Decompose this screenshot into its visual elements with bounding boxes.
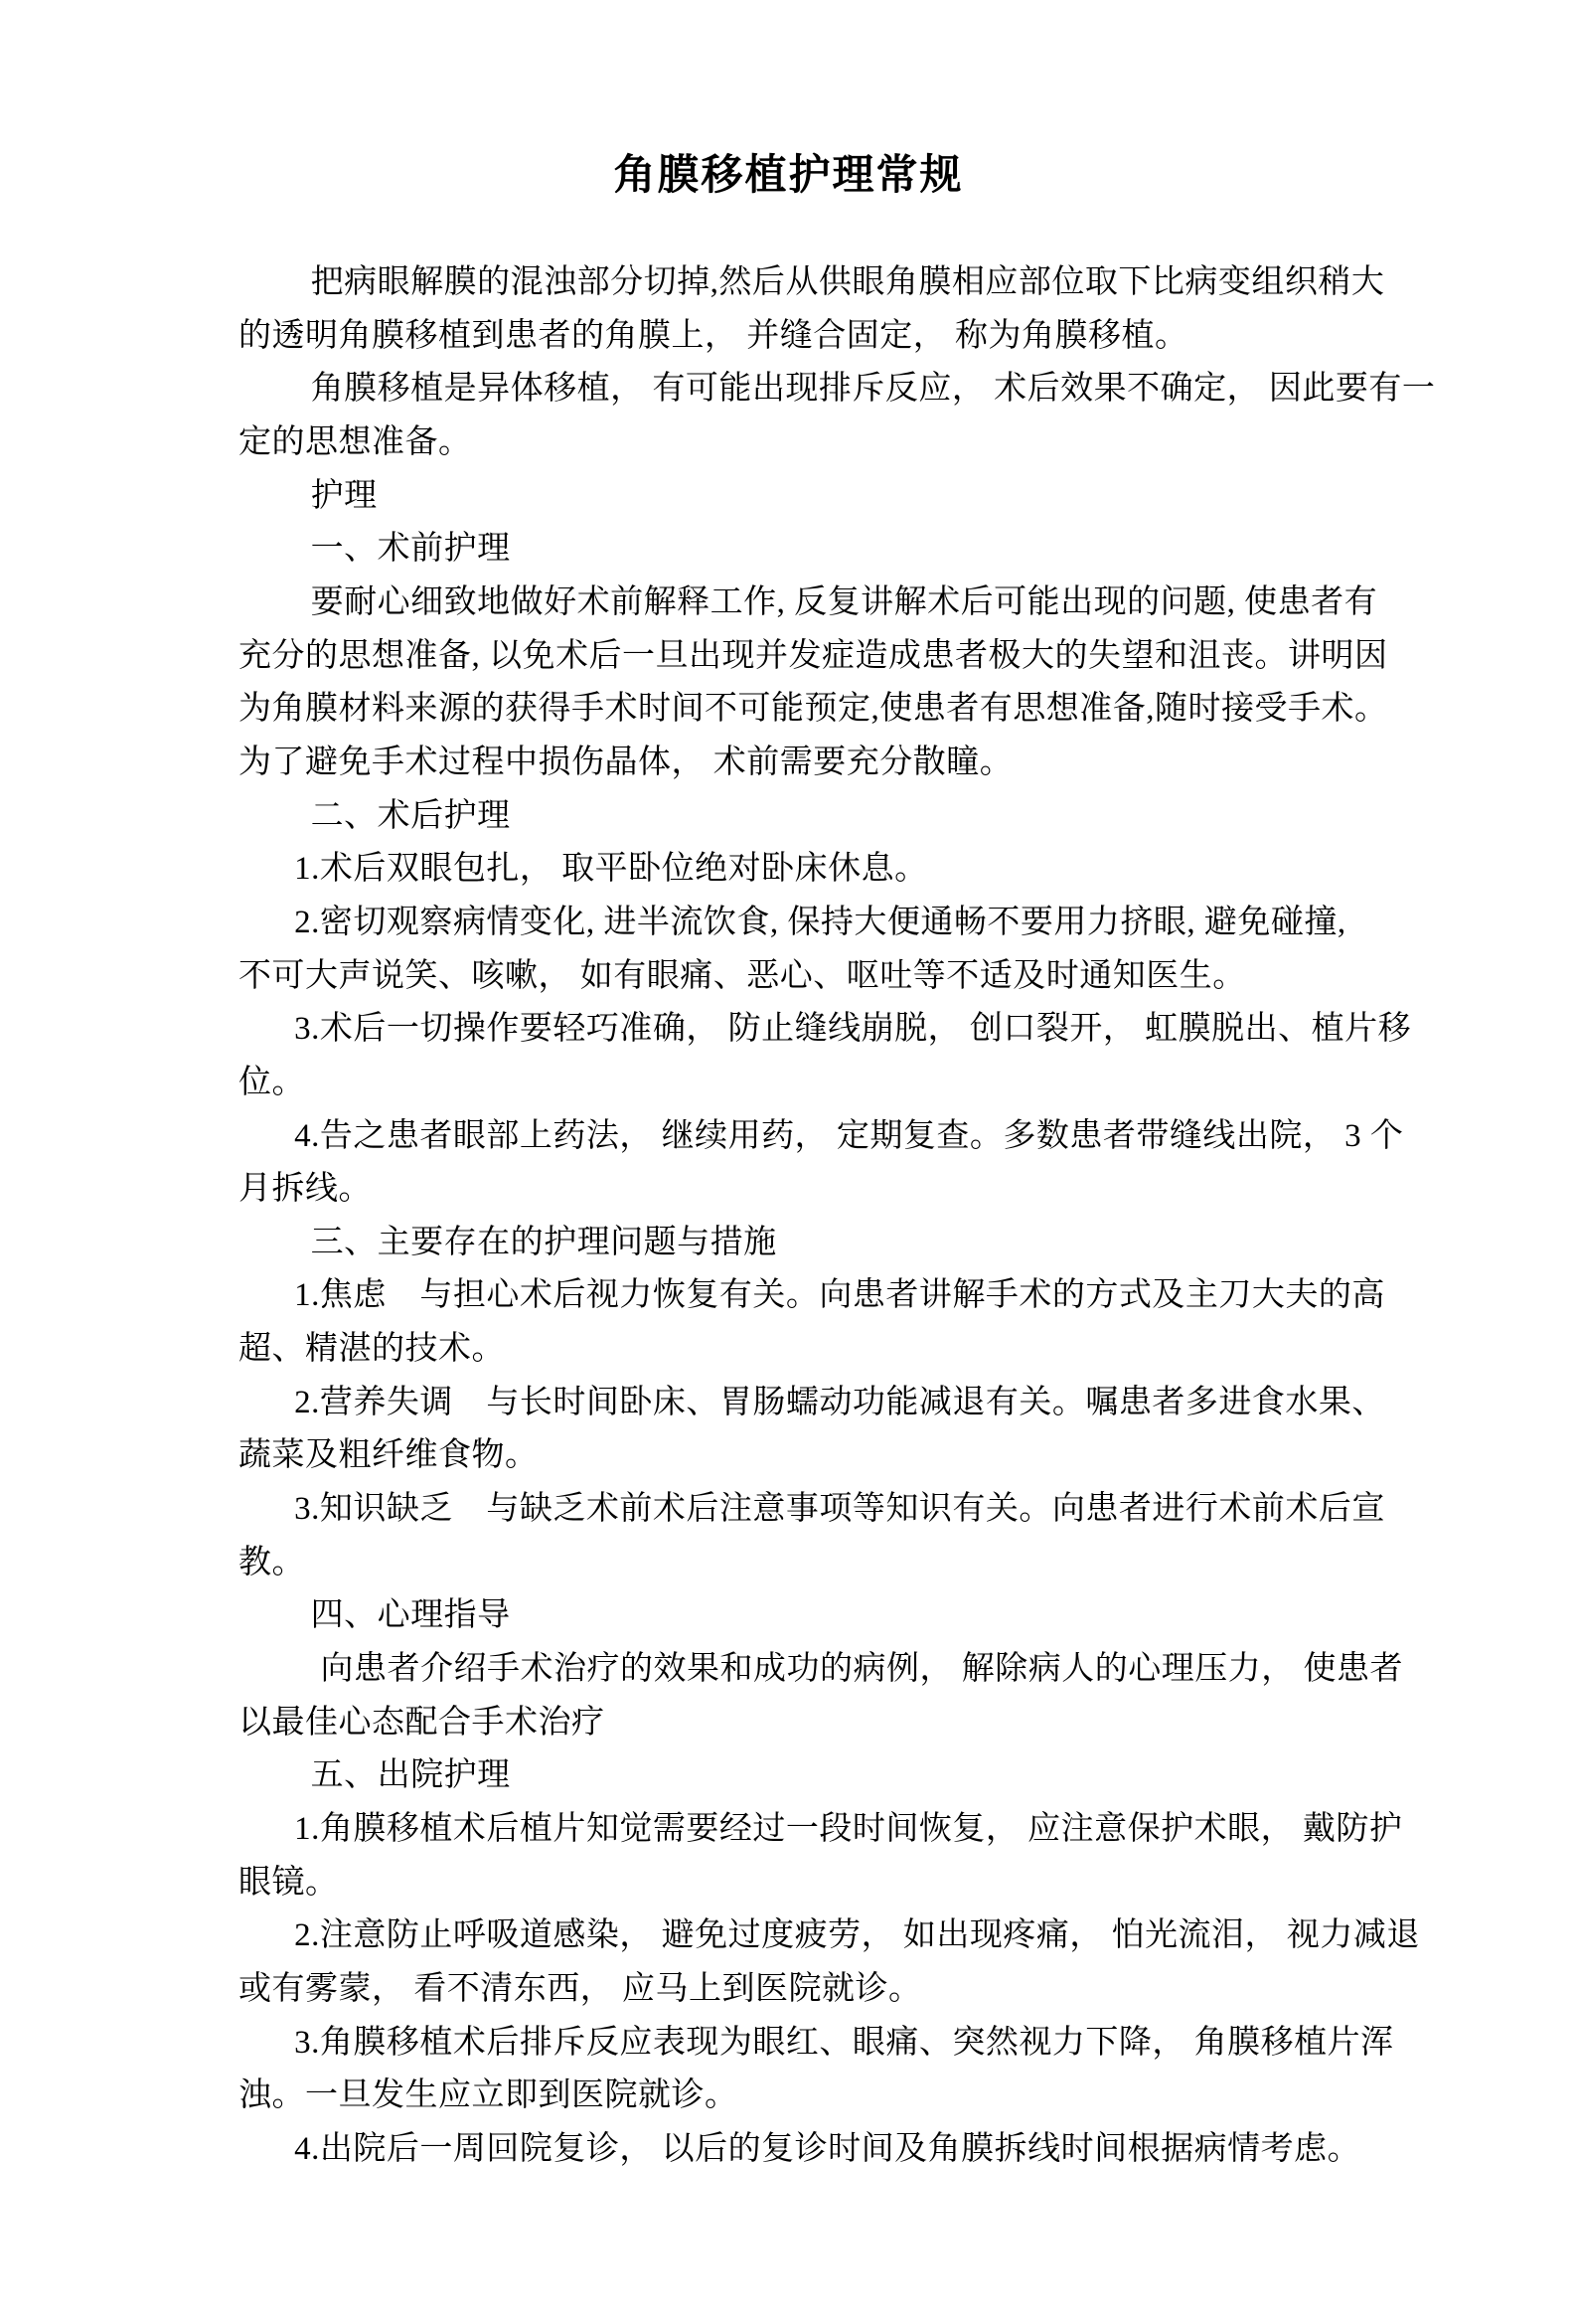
text-line: 1.术后双眼包扎， 取平卧位绝对卧床休息。 — [238, 843, 1346, 897]
text-line: 2.注意防止呼吸道感染， 避免过度疲劳， 如出现疼痛， 怕光流泪， 视力减退 — [238, 1909, 1346, 1963]
text-line: 向患者介绍手术治疗的效果和成功的病例， 解除病人的心理压力， 使患者 — [238, 1643, 1346, 1697]
text-line: 浊。一旦发生应立即到医院就诊。 — [238, 2070, 1346, 2123]
text-line: 教。 — [238, 1537, 1346, 1590]
document-page: 角膜移植护理常规 把病眼解膜的混浊部分切掉,然后从供眼角膜相应部位取下比病变组织… — [0, 0, 1577, 2324]
text-line: 1.角膜移植术后植片知觉需要经过一段时间恢复， 应注意保护术眼， 戴防护 — [238, 1803, 1346, 1857]
text-line: 1.焦虑 与担心术后视力恢复有关。向患者讲解手术的方式及主刀大夫的高 — [238, 1269, 1346, 1323]
text-line: 位。 — [238, 1057, 1346, 1110]
text-line: 角膜移植是异体移植， 有可能出现排斥反应， 术后效果不确定， 因此要有一 — [238, 363, 1346, 416]
text-line: 一、术前护理 — [238, 523, 1346, 577]
text-line: 二、术后护理 — [238, 790, 1346, 844]
text-line: 五、出院护理 — [238, 1749, 1346, 1803]
text-line: 的透明角膜移植到患者的角膜上， 并缝合固定， 称为角膜移植。 — [238, 310, 1346, 364]
text-line: 定的思想准备。 — [238, 416, 1346, 470]
text-line: 月拆线。 — [238, 1163, 1346, 1217]
text-line: 2.营养失调 与长时间卧床、胃肠蠕动功能减退有关。嘱患者多进食水果、 — [238, 1377, 1346, 1430]
text-line: 超、精湛的技术。 — [238, 1323, 1346, 1377]
text-line: 4.出院后一周回院复诊， 以后的复诊时间及角膜拆线时间根据病情考虑。 — [238, 2123, 1346, 2177]
text-line: 2.密切观察病情变化, 进半流饮食, 保持大便通畅不要用力挤眼, 避免碰撞, — [238, 897, 1346, 950]
text-line: 3.角膜移植术后排斥反应表现为眼红、眼痛、突然视力下降， 角膜移植片浑 — [238, 2017, 1346, 2071]
text-line: 以最佳心态配合手术治疗 — [238, 1697, 1346, 1750]
text-line: 为角膜材料来源的获得手术时间不可能预定,使患者有思想准备,随时接受手术。 — [238, 683, 1346, 737]
text-line: 护理 — [238, 470, 1346, 524]
text-line: 眼镜。 — [238, 1857, 1346, 1910]
text-line: 三、主要存在的护理问题与措施 — [238, 1217, 1346, 1270]
text-line: 要耐心细致地做好术前解释工作, 反复讲解术后可能出现的问题, 使患者有 — [238, 577, 1346, 630]
text-line: 充分的思想准备, 以免术后一旦出现并发症造成患者极大的失望和沮丧。讲明因 — [238, 630, 1346, 684]
text-line: 不可大声说笑、咳嗽， 如有眼痛、恶心、呕吐等不适及时通知医生。 — [238, 950, 1346, 1004]
text-line: 四、心理指导 — [238, 1589, 1346, 1643]
text-line: 蔬菜及粗纤维食物。 — [238, 1429, 1346, 1483]
document-title: 角膜移植护理常规 — [0, 0, 1577, 197]
text-line: 或有雾蒙， 看不清东西， 应马上到医院就诊。 — [238, 1963, 1346, 2017]
text-line: 3.知识缺乏 与缺乏术前术后注意事项等知识有关。向患者进行术前术后宣 — [238, 1483, 1346, 1537]
text-line: 3.术后一切操作要轻巧准确， 防止缝线崩脱， 创口裂开， 虹膜脱出、植片移 — [238, 1003, 1346, 1057]
text-line: 为了避免手术过程中损伤晶体， 术前需要充分散瞳。 — [238, 737, 1346, 790]
text-line: 把病眼解膜的混浊部分切掉,然后从供眼角膜相应部位取下比病变组织稍大 — [238, 256, 1346, 310]
document-body: 把病眼解膜的混浊部分切掉,然后从供眼角膜相应部位取下比病变组织稍大的透明角膜移植… — [0, 256, 1577, 2177]
text-line: 4.告之患者眼部上药法， 继续用药， 定期复查。多数患者带缝线出院， 3 个 — [238, 1110, 1346, 1164]
